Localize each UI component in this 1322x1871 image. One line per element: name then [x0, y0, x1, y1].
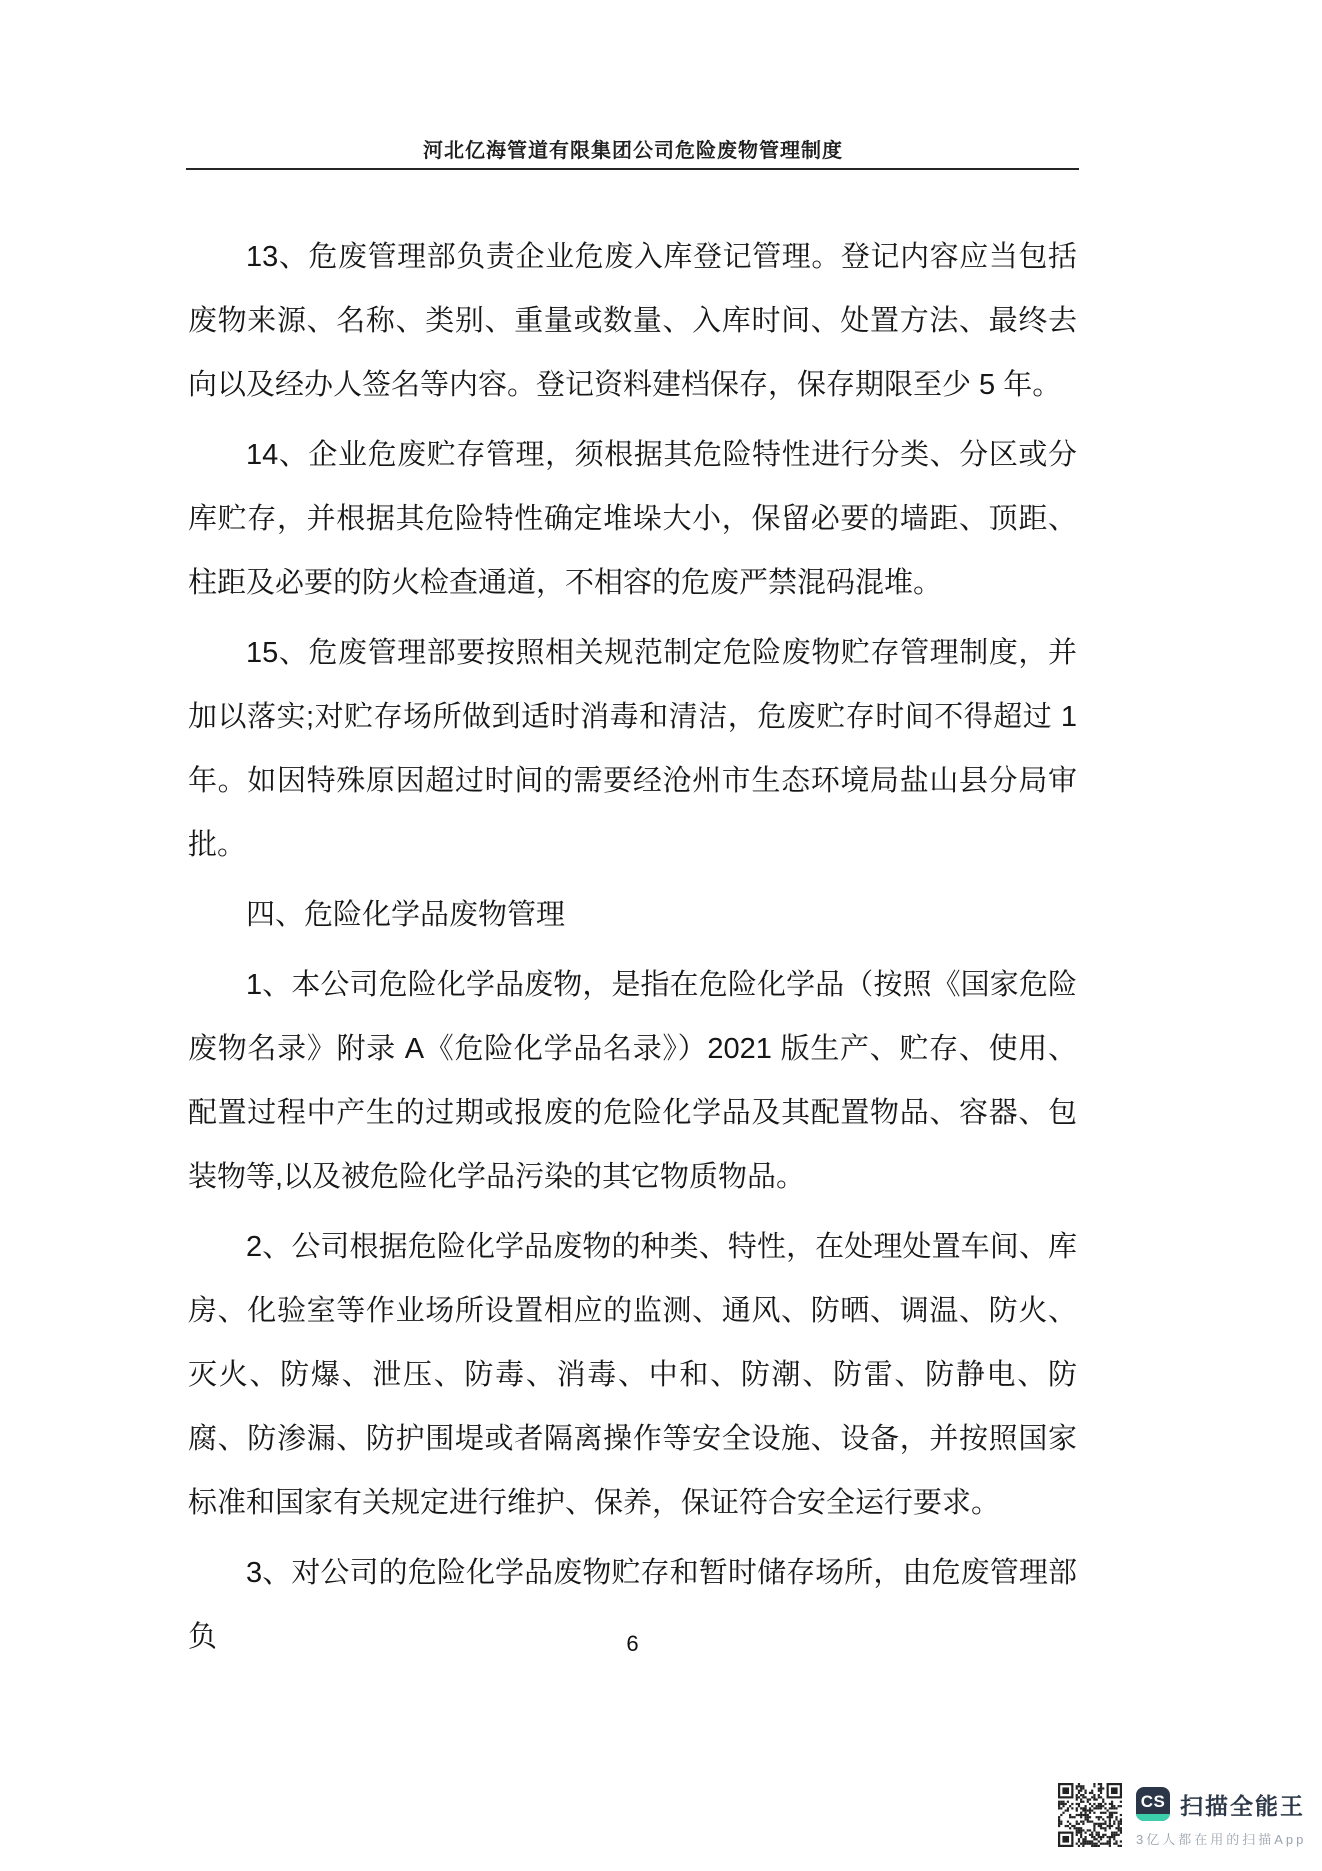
paragraph-15: 15、危废管理部要按照相关规范制定危险废物贮存管理制度，并加以落实;对贮存场所做…	[188, 621, 1077, 877]
document-body: 13、危废管理部负责企业危废入库登记管理。登记内容应当包括废物来源、名称、类别、…	[188, 225, 1077, 1675]
camscanner-brand: CS 扫描全能王 3亿人都在用的扫描App	[1136, 1783, 1306, 1848]
camscanner-logo-icon: CS	[1136, 1787, 1170, 1821]
paragraph-2: 2、公司根据危险化学品废物的种类、特性，在处理处置车间、库房、化验室等作业场所设…	[188, 1215, 1077, 1535]
camscanner-watermark: CS 扫描全能王 3亿人都在用的扫描App	[1058, 1783, 1306, 1848]
paragraph-1: 1、本公司危险化学品废物，是指在危险化学品（按照《国家危险废物名录》附录 A《危…	[188, 953, 1077, 1209]
paragraph-13: 13、危废管理部负责企业危废入库登记管理。登记内容应当包括废物来源、名称、类别、…	[188, 225, 1077, 417]
logo-letters: CS	[1136, 1789, 1170, 1814]
logo-teal-strip	[1136, 1814, 1170, 1821]
document-header-title: 河北亿海管道有限集团公司危险废物管理制度	[188, 134, 1078, 163]
header-divider-line	[186, 168, 1079, 170]
page-number: 6	[188, 1631, 1077, 1657]
paragraph-14: 14、企业危废贮存管理，须根据其危险特性进行分类、分区或分库贮存，并根据其危险特…	[188, 423, 1077, 615]
app-tagline-label: 3亿人都在用的扫描App	[1136, 1829, 1306, 1848]
scanned-document-page: 河北亿海管道有限集团公司危险废物管理制度 13、危废管理部负责企业危废入库登记管…	[0, 0, 1322, 1871]
qr-code-icon	[1058, 1783, 1122, 1847]
app-name-label: 扫描全能王	[1180, 1788, 1305, 1821]
section-heading-4: 四、危险化学品废物管理	[188, 883, 1077, 947]
